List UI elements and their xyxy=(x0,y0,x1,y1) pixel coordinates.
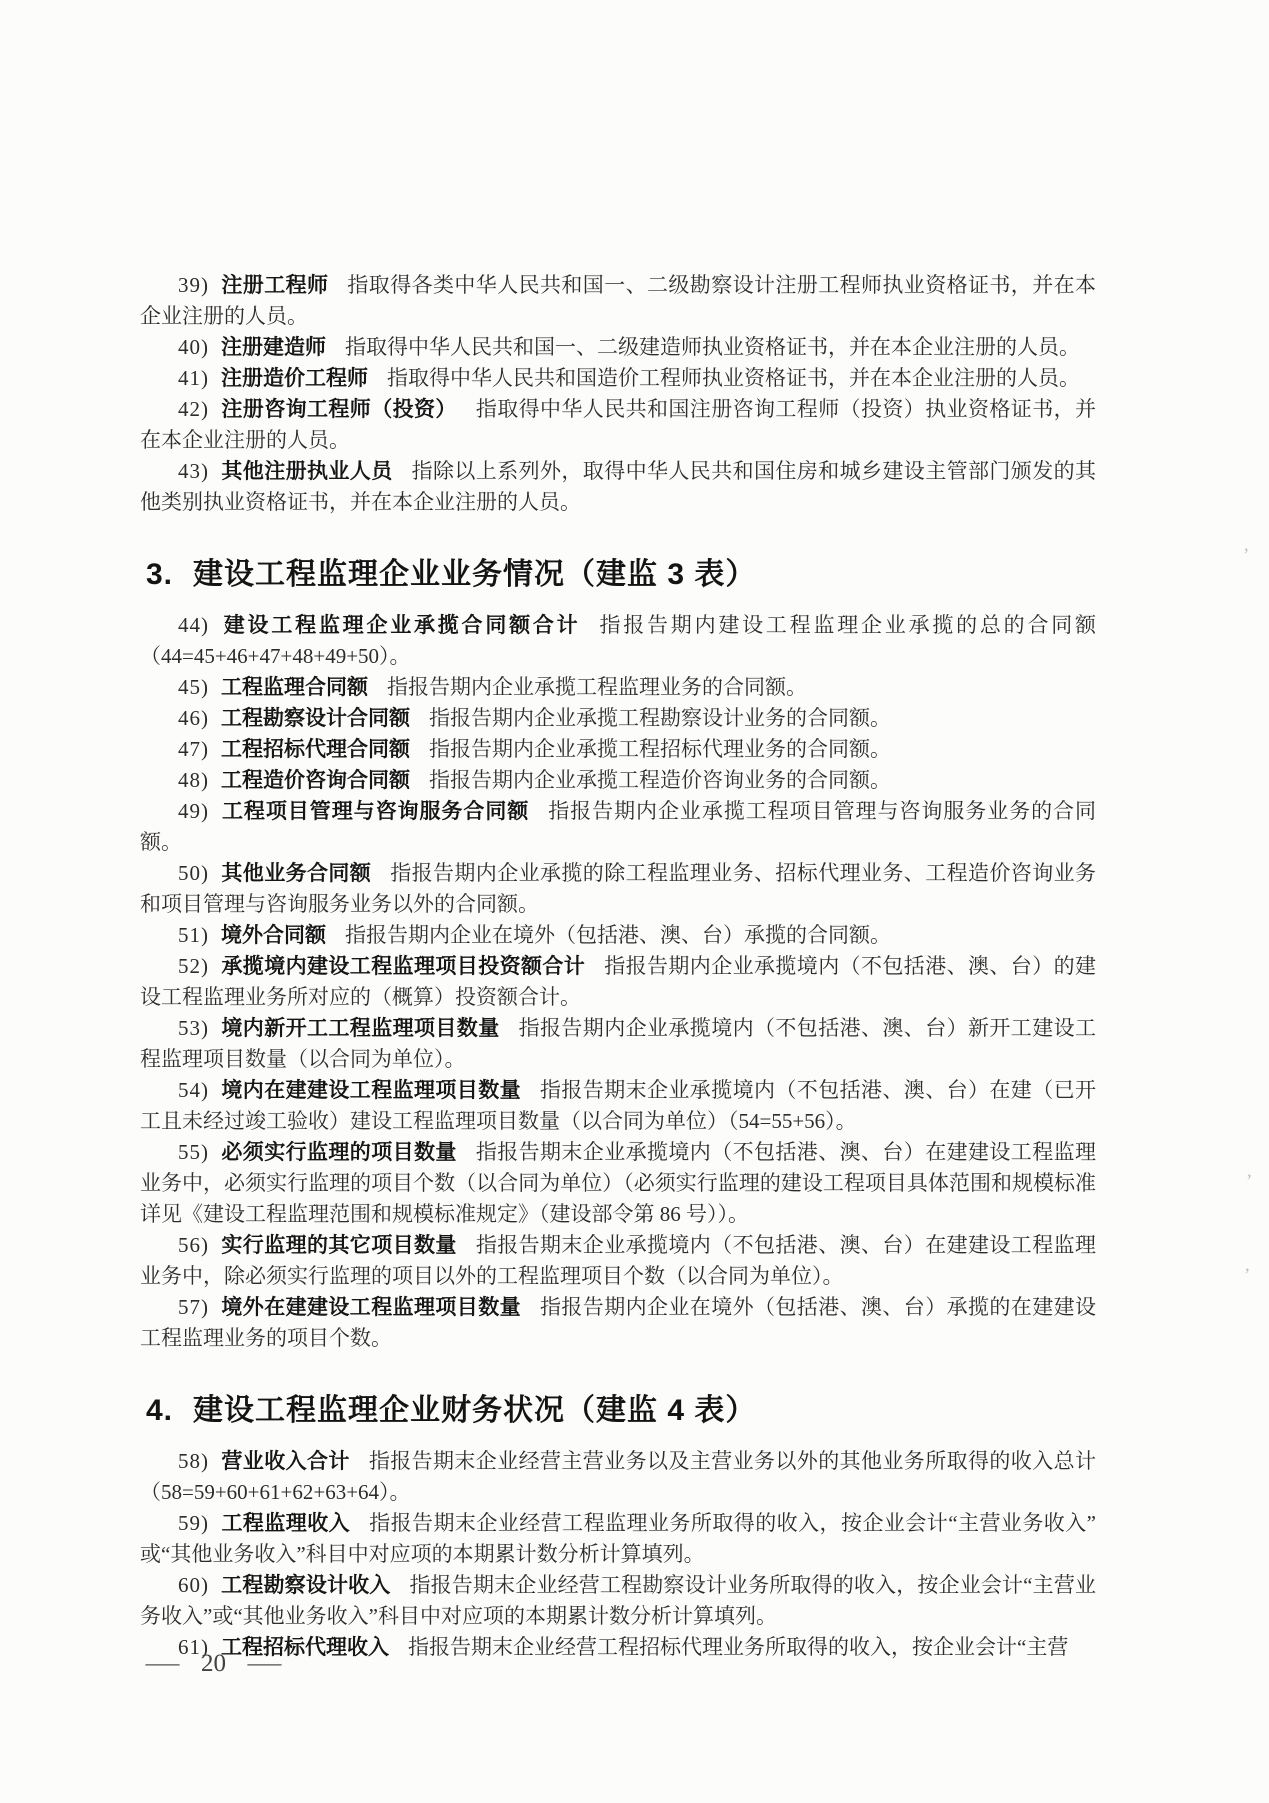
item-number: 49) xyxy=(178,799,209,823)
item-number: 47) xyxy=(178,737,209,761)
item-term: 境外合同额 xyxy=(221,924,326,947)
item-term: 工程招标代理合同额 xyxy=(221,738,410,761)
item-number: 59) xyxy=(178,1511,209,1535)
page-number: — 20 — xyxy=(150,1650,277,1678)
scan-artifact: ’ xyxy=(1246,1172,1252,1191)
item-number: 54) xyxy=(178,1078,209,1102)
item-number: 57) xyxy=(178,1295,209,1319)
definition-item: 58)营业收入合计指报告期末企业经营主营业务以及主营业务以外的其他业务所取得的收… xyxy=(140,1446,1096,1508)
item-term: 注册造价工程师 xyxy=(221,367,368,390)
item-number: 60) xyxy=(178,1573,209,1597)
item-term: 工程监理收入 xyxy=(221,1512,350,1535)
item-definition: 指取得中华人民共和国造价工程师执业资格证书，并在本企业注册的人员。 xyxy=(387,366,1080,390)
definition-item: 50)其他业务合同额指报告期内企业承揽的除工程监理业务、招标代理业务、工程造价咨… xyxy=(140,858,1096,920)
item-term: 注册建造师 xyxy=(221,336,326,359)
section-number: 4. xyxy=(146,1394,173,1427)
definition-item: 45)工程监理合同额指报告期内企业承揽工程监理业务的合同额。 xyxy=(140,672,1096,703)
definition-item: 40)注册建造师指取得中华人民共和国一、二级建造师执业资格证书，并在本企业注册的… xyxy=(140,332,1096,363)
item-term: 工程监理合同额 xyxy=(221,676,368,699)
item-term: 其他业务合同额 xyxy=(221,862,371,885)
section-title: 建设工程监理企业业务情况（建监 3 表） xyxy=(193,558,756,591)
definition-item: 52)承揽境内建设工程监理项目投资额合计指报告期内企业承揽境内（不包括港、澳、台… xyxy=(140,951,1096,1013)
item-term: 其他注册执业人员 xyxy=(221,460,393,483)
definition-item: 42)注册咨询工程师（投资）指取得中华人民共和国注册咨询工程师（投资）执业资格证… xyxy=(140,394,1096,456)
definition-item: 51)境外合同额指报告期内企业在境外（包括港、澳、台）承揽的合同额。 xyxy=(140,920,1096,951)
item-number: 58) xyxy=(178,1449,209,1473)
section-financial-situation: 4.建设工程监理企业财务状况（建监 4 表） 58)营业收入合计指报告期末企业经… xyxy=(140,1390,1096,1663)
item-definition: 指报告期内企业承揽工程造价咨询业务的合同额。 xyxy=(429,768,891,792)
item-term: 境内新开工工程监理项目数量 xyxy=(221,1017,500,1040)
item-number: 41) xyxy=(178,366,209,390)
item-number: 55) xyxy=(178,1140,209,1164)
item-term: 境外在建建设工程监理项目数量 xyxy=(221,1296,521,1319)
item-term: 注册咨询工程师（投资） xyxy=(221,398,457,421)
item-term: 实行监理的其它项目数量 xyxy=(221,1234,457,1257)
item-number: 45) xyxy=(178,675,209,699)
definition-item: 48)工程造价咨询合同额指报告期内企业承揽工程造价咨询业务的合同额。 xyxy=(140,765,1096,796)
item-term: 工程勘察设计收入 xyxy=(221,1574,390,1597)
item-term: 境内在建建设工程监理项目数量 xyxy=(221,1079,521,1102)
item-number: 53) xyxy=(178,1016,209,1040)
document-page: 39)注册工程师指取得各类中华人民共和国一、二级勘察设计注册工程师执业资格证书，… xyxy=(140,270,1096,1663)
item-definition: 指报告期内企业承揽工程监理业务的合同额。 xyxy=(387,675,807,699)
item-term: 必须实行监理的项目数量 xyxy=(221,1141,457,1164)
page-number-dash-right: — xyxy=(248,1650,282,1678)
item-number: 44) xyxy=(178,613,209,637)
page-number-dash-left: — xyxy=(146,1650,180,1678)
item-definition: 指取得中华人民共和国一、二级建造师执业资格证书，并在本企业注册的人员。 xyxy=(345,335,1080,359)
item-definition: 指报告期内企业承揽工程勘察设计业务的合同额。 xyxy=(429,706,891,730)
item-term: 建设工程监理企业承揽合同额合计 xyxy=(221,614,580,637)
definition-item: 49)工程项目管理与咨询服务合同额指报告期内企业承揽工程项目管理与咨询服务业务的… xyxy=(140,796,1096,858)
item-term: 工程勘察设计合同额 xyxy=(221,707,410,730)
definition-item: 55)必须实行监理的项目数量指报告期末企业承揽境内（不包括港、澳、台）在建建设工… xyxy=(140,1137,1096,1230)
section-business-situation: 3.建设工程监理企业业务情况（建监 3 表） 44)建设工程监理企业承揽合同额合… xyxy=(140,554,1096,1354)
definition-item: 41)注册造价工程师指取得中华人民共和国造价工程师执业资格证书，并在本企业注册的… xyxy=(140,363,1096,394)
item-number: 51) xyxy=(178,923,209,947)
definition-item: 61)工程招标代理收入指报告期末企业经营工程招标代理业务所取得的收入，按企业会计… xyxy=(140,1632,1096,1663)
item-definition: 指报告期内企业在境外（包括港、澳、台）承揽的合同额。 xyxy=(345,923,891,947)
item-number: 39) xyxy=(178,273,209,297)
definition-item: 59)工程监理收入指报告期末企业经营工程监理业务所取得的收入，按企业会计“主营业… xyxy=(140,1508,1096,1570)
item-number: 40) xyxy=(178,335,209,359)
item-number: 50) xyxy=(178,861,209,885)
item-term: 工程项目管理与咨询服务合同额 xyxy=(221,800,529,823)
item-number: 43) xyxy=(178,459,209,483)
definition-item: 46)工程勘察设计合同额指报告期内企业承揽工程勘察设计业务的合同额。 xyxy=(140,703,1096,734)
definition-item: 53)境内新开工工程监理项目数量指报告期内企业承揽境内（不包括港、澳、台）新开工… xyxy=(140,1013,1096,1075)
section-title: 建设工程监理企业财务状况（建监 4 表） xyxy=(193,1394,756,1427)
scan-artifact: ’ xyxy=(1244,1266,1250,1285)
section-registered-personnel: 39)注册工程师指取得各类中华人民共和国一、二级勘察设计注册工程师执业资格证书，… xyxy=(140,270,1096,518)
item-term: 承揽境内建设工程监理项目投资额合计 xyxy=(221,955,585,978)
scan-artifact: ’ xyxy=(1243,546,1249,565)
definition-item: 60)工程勘察设计收入指报告期末企业经营工程勘察设计业务所取得的收入，按企业会计… xyxy=(140,1570,1096,1632)
item-number: 42) xyxy=(178,397,209,421)
item-number: 48) xyxy=(178,768,209,792)
item-definition: 指报告期末企业经营工程招标代理业务所取得的收入，按企业会计“主营 xyxy=(408,1635,1068,1659)
definition-item: 44)建设工程监理企业承揽合同额合计指报告期内建设工程监理企业承揽的总的合同额（… xyxy=(140,610,1096,672)
definition-item: 43)其他注册执业人员指除以上系列外，取得中华人民共和国住房和城乡建设主管部门颁… xyxy=(140,456,1096,518)
definition-item: 57)境外在建建设工程监理项目数量指报告期内企业在境外（包括港、澳、台）承揽的在… xyxy=(140,1292,1096,1354)
page-number-value: 20 xyxy=(201,1650,226,1678)
definition-item: 47)工程招标代理合同额指报告期内企业承揽工程招标代理业务的合同额。 xyxy=(140,734,1096,765)
section-number: 3. xyxy=(146,558,173,591)
definition-item: 39)注册工程师指取得各类中华人民共和国一、二级勘察设计注册工程师执业资格证书，… xyxy=(140,270,1096,332)
item-term: 营业收入合计 xyxy=(221,1450,350,1473)
item-term: 工程造价咨询合同额 xyxy=(221,769,410,792)
item-number: 56) xyxy=(178,1233,209,1257)
definition-item: 56)实行监理的其它项目数量指报告期末企业承揽境内（不包括港、澳、台）在建建设工… xyxy=(140,1230,1096,1292)
item-number: 52) xyxy=(178,954,209,978)
item-number: 46) xyxy=(178,706,209,730)
section-heading-3: 3.建设工程监理企业业务情况（建监 3 表） xyxy=(146,554,1096,596)
definition-item: 54)境内在建建设工程监理项目数量指报告期末企业承揽境内（不包括港、澳、台）在建… xyxy=(140,1075,1096,1137)
section-heading-4: 4.建设工程监理企业财务状况（建监 4 表） xyxy=(146,1390,1096,1432)
item-definition: 指报告期内企业承揽工程招标代理业务的合同额。 xyxy=(429,737,891,761)
item-term: 注册工程师 xyxy=(221,274,328,297)
